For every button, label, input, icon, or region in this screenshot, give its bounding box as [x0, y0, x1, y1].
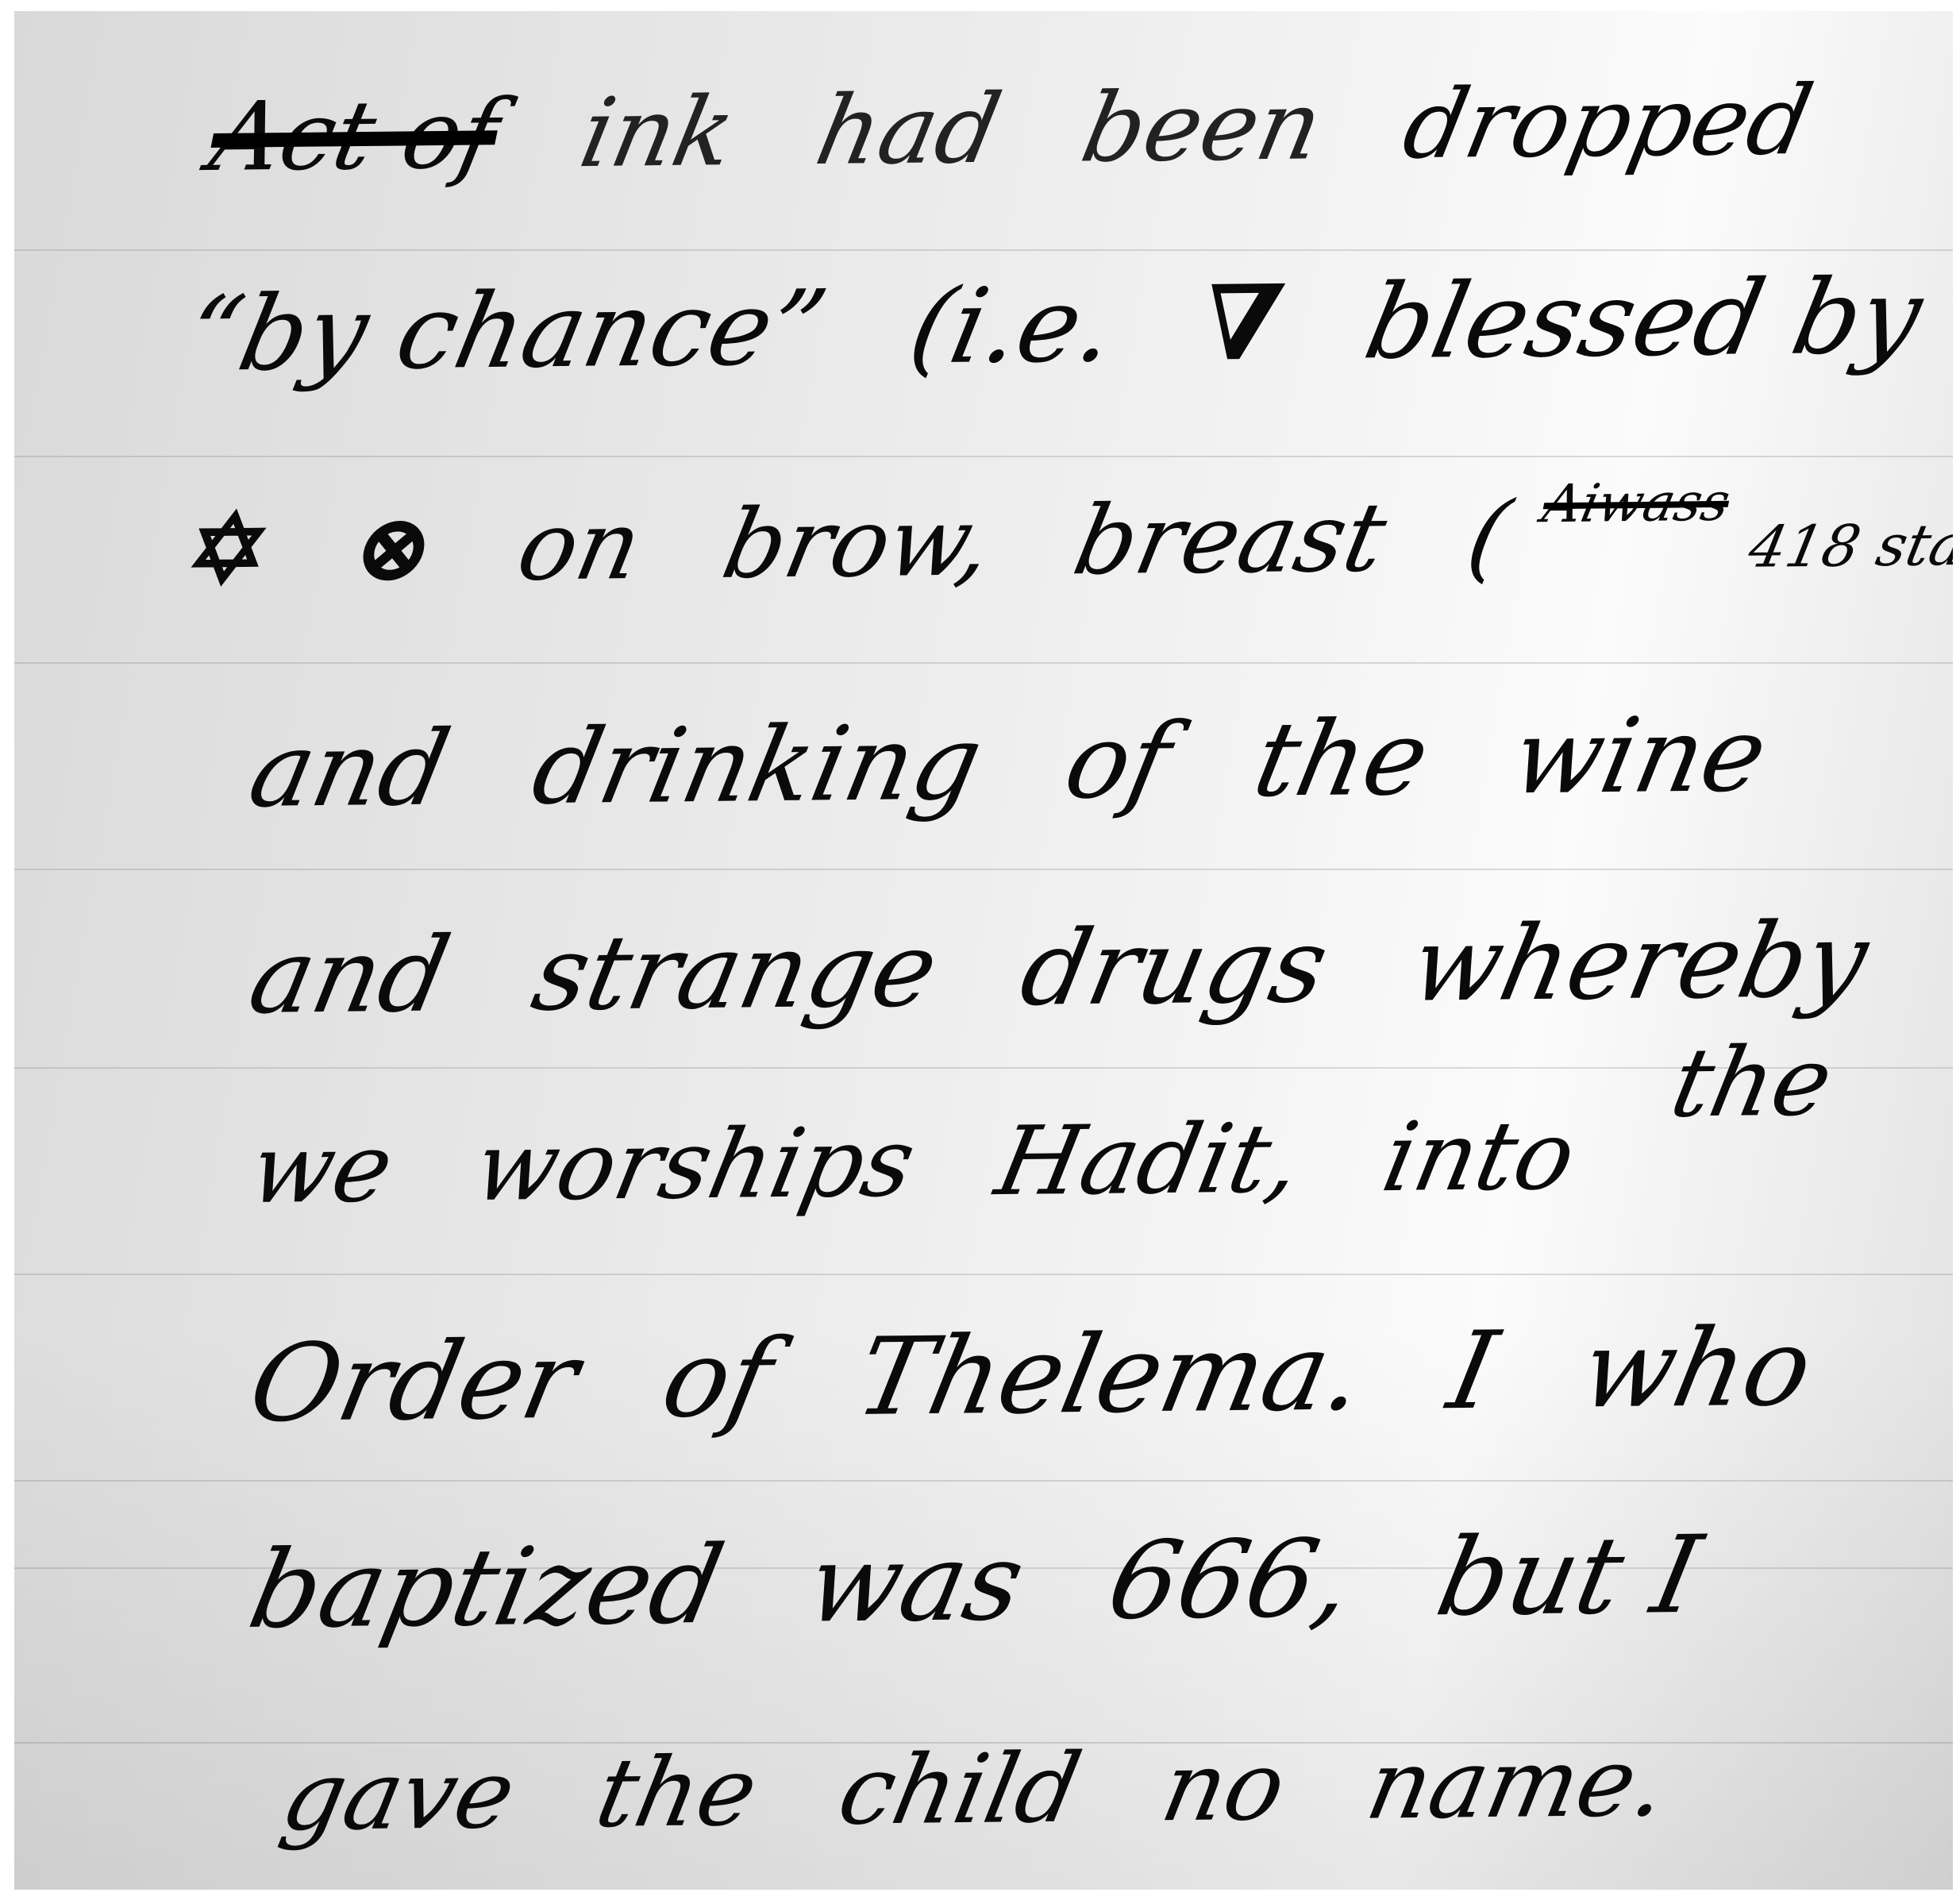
ruled-line: [14, 869, 1953, 870]
word: been: [1073, 71, 1331, 183]
ruled-line: [14, 1274, 1953, 1275]
word: drinking: [523, 702, 992, 827]
word: into: [1374, 1101, 1585, 1213]
word: we: [241, 1113, 402, 1225]
manuscript-line-4: and drinking of the wine: [241, 689, 1953, 831]
word: who: [1571, 1305, 1822, 1432]
word: the: [1662, 1027, 1841, 1139]
word: the: [587, 1737, 766, 1849]
word: worships: [465, 1108, 923, 1223]
triangle-down-water-icon: ∇: [1189, 262, 1292, 384]
manuscript-line-3: ✡ ⊗ on brow, breast ( Aiwass 418 star): [177, 467, 1953, 606]
word: breast: [1065, 484, 1395, 597]
circled-cross-icon: ⊗: [343, 491, 445, 604]
word: of: [1056, 700, 1180, 822]
word: dropped: [1395, 66, 1821, 180]
word: of: [653, 1316, 782, 1441]
word: strange: [523, 909, 947, 1034]
word: baptized: [240, 1523, 733, 1652]
word: no: [1153, 1732, 1295, 1844]
ruled-line: [14, 1067, 1953, 1069]
word: had: [807, 75, 1009, 187]
struck-word: Act of: [202, 79, 508, 193]
manuscript-line-8: baptized was 666, but I: [240, 1507, 1953, 1652]
ruled-line: [14, 662, 1953, 664]
word: name.: [1358, 1728, 1677, 1841]
manuscript-line-7: Order of Thelema. I who: [240, 1301, 1953, 1446]
manuscript-page: Act of ink had been dropped “by chance” …: [14, 11, 1953, 1890]
word: and: [241, 707, 460, 831]
word: and: [241, 914, 460, 1037]
ruled-line: [14, 456, 1953, 457]
word: on: [509, 491, 650, 603]
word: wine: [1503, 694, 1777, 817]
word: I: [1439, 1308, 1507, 1434]
manuscript-line-6: we worships Hadit, into the: [241, 1094, 1953, 1225]
manuscript-line-1: Act of ink had been dropped: [202, 62, 1953, 193]
word: gave: [273, 1740, 524, 1852]
word: Hadit,: [988, 1104, 1311, 1217]
word: but I: [1427, 1513, 1710, 1640]
struck-word: Aiwass: [1538, 472, 1735, 534]
word: brow,: [714, 488, 1001, 600]
word: ink: [572, 77, 744, 189]
ruled-line: [14, 1480, 1953, 1482]
sigil-icon: ✡: [177, 493, 279, 606]
word: drugs: [1011, 905, 1338, 1029]
word: Order: [240, 1318, 588, 1446]
word: (: [1458, 482, 1518, 592]
annotation: 418 star): [1743, 511, 1953, 580]
word: (i.e.: [900, 264, 1125, 387]
word: the: [1245, 698, 1438, 820]
word: Thelema.: [847, 1309, 1374, 1439]
manuscript-line-5: and strange drugs whereby: [241, 896, 1953, 1037]
manuscript-line-9: gave the child no name.: [273, 1721, 1953, 1852]
word: was: [798, 1520, 1034, 1647]
manuscript-line-2: “by chance” (i.e. ∇ blessed by ☿ ): [177, 252, 1953, 395]
word: whereby: [1402, 900, 1878, 1025]
number-666: 666,: [1099, 1517, 1363, 1644]
word: “by chance”: [177, 268, 837, 395]
ruled-line: [14, 249, 1953, 251]
word: blessed by: [1356, 256, 1932, 382]
word: child: [830, 1734, 1089, 1847]
